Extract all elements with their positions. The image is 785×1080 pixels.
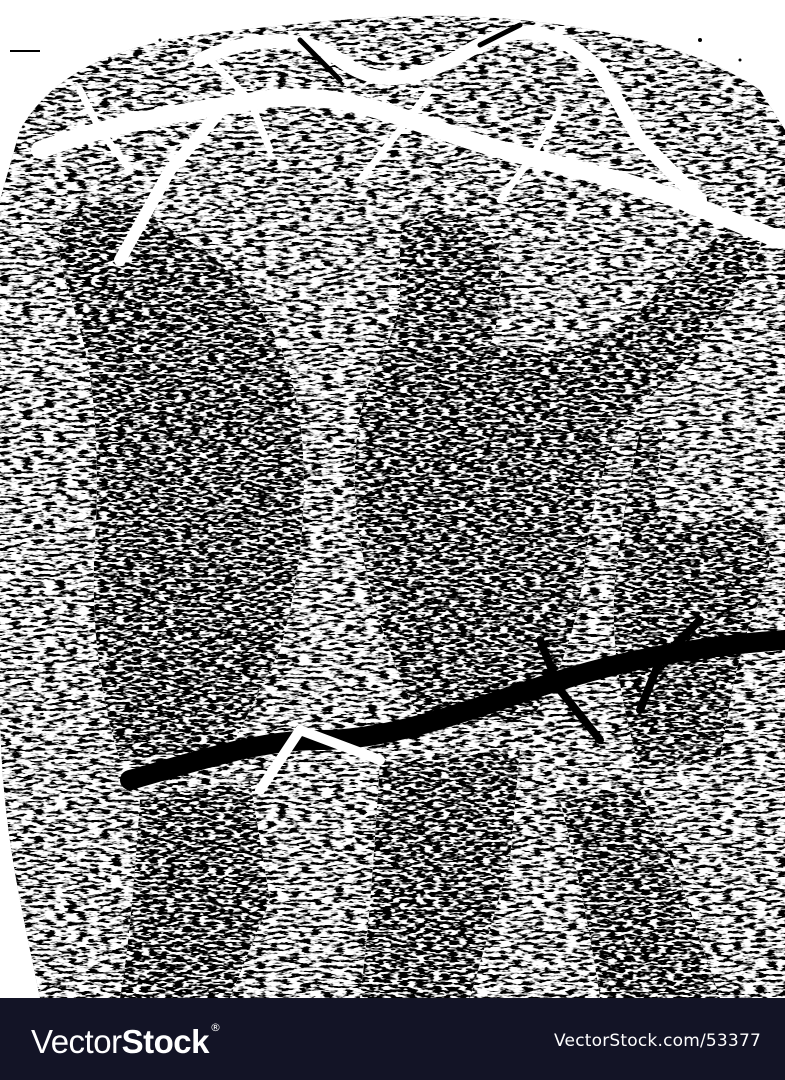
image-id-label: VectorStock.com/53377 <box>554 1031 761 1051</box>
logo-bold-text: Stock <box>122 1023 209 1060</box>
figure-silhouettes <box>59 200 770 998</box>
grunge-artwork <box>0 0 785 998</box>
registered-mark-icon: ® <box>210 1021 221 1034</box>
vectorstock-logo: VectorStock® <box>31 1022 220 1061</box>
watermark-footer: VectorStock® VectorStock.com/53377 <box>0 998 785 1080</box>
logo-light-text: Vector <box>31 1023 122 1060</box>
artwork-canvas <box>0 0 785 998</box>
